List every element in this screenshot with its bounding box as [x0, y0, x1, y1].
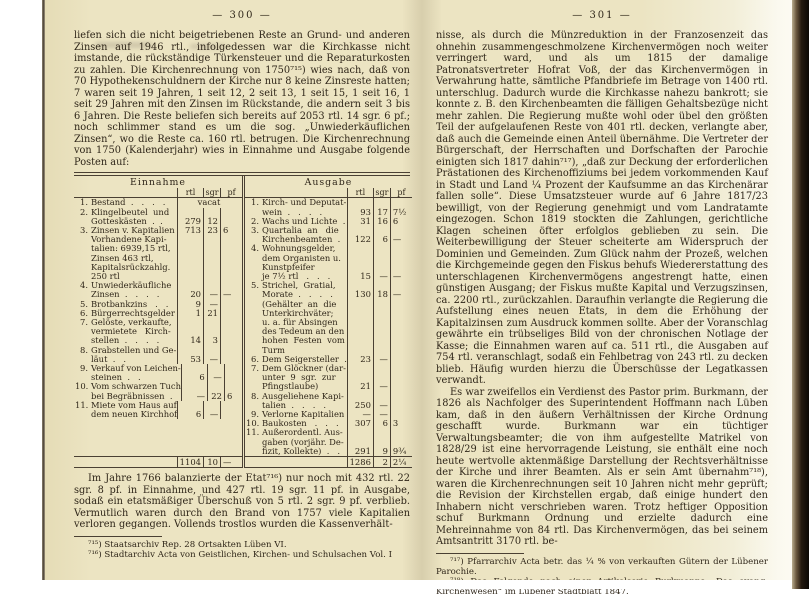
page-number: — 300 — — [74, 10, 410, 21]
row-value-sgr: — — [373, 355, 390, 364]
row-value-sgr: — — [203, 346, 220, 364]
table-row: 11.Außerordentl. Aus-gaben (vorjähr. De-… — [245, 428, 412, 456]
row-value-pf: 6 — [220, 226, 242, 281]
row-value-sgr: 17 — [373, 198, 390, 216]
total-value-sgr: 2 — [373, 457, 390, 467]
row-value-rtl: 291 — [347, 428, 373, 456]
table-col-header: rtl — [177, 188, 203, 197]
body-paragraph: liefen sich die nicht beigetriebenen Res… — [74, 30, 410, 168]
row-value-pf: 9¾ — [390, 428, 412, 456]
table-row: 8.Grabstellen und Ge-läut . .53— — [74, 346, 242, 364]
row-value-pf — [220, 300, 242, 309]
table-row: 4.UnwiederkäuflicheZinsen . . . .20—— — [74, 281, 242, 299]
page-300: — 300 — liefen sich die nicht beigetrieb… — [74, 6, 410, 560]
row-value-pf: 6 — [390, 217, 412, 226]
row-value-sgr: — — [203, 281, 220, 299]
row-description: 5.Strichel, Gratial,Morate . . . .(Gehäl… — [245, 281, 347, 355]
page-number: — 301 — — [436, 10, 768, 21]
row-value-rtl: 6 — [181, 364, 207, 382]
table-total-row: 110410— — [74, 456, 242, 468]
table-row: 1.Kirch- und Deputat-wein . . . .93177½ — [245, 198, 412, 216]
row-value-pf: — — [220, 281, 242, 299]
total-value-pf: 2¼ — [390, 457, 412, 467]
row-value-rtl: 14 — [177, 318, 203, 346]
row-value-rtl: 23 — [347, 355, 373, 364]
row-value-pf — [220, 318, 242, 346]
row-value-pf: — — [390, 281, 412, 355]
footnote: ⁷¹⁶) Stadtarchiv Acta von Geistlichen, K… — [74, 550, 410, 560]
row-value-rtl: 15 — [347, 244, 373, 281]
row-value-pf — [220, 208, 242, 226]
row-value-rtl: 279 — [177, 208, 203, 226]
row-value-pf: 3 — [390, 419, 412, 428]
row-value-rtl: 21 — [347, 364, 373, 392]
row-value-rtl: 1 — [177, 309, 203, 318]
row-value-sgr: 3 — [203, 318, 220, 346]
table-ausgabe-column: Ausgabertlsgrpf1.Kirch- und Deputat-wein… — [245, 176, 412, 468]
body-paragraph: Es war zweifellos ein Verdienst des Past… — [436, 387, 768, 548]
row-value-pf: — — [390, 226, 412, 244]
row-value-sgr: 12 — [203, 208, 220, 226]
row-value-rtl: 53 — [177, 346, 203, 364]
table-row: 7.Gelöste, verkaufte,vermietete Kirch-st… — [74, 318, 242, 346]
row-description: 8.Ausgeliehene Kapi-talien . . . . — [245, 392, 347, 410]
footnotes: ⁷¹⁵) Staatsarchiv Rep. 28 Ortsakten Lübe… — [74, 540, 410, 560]
row-value: vacat — [177, 198, 242, 207]
row-value-pf: — — [390, 244, 412, 281]
table-row: 7.Dem Glöckner (dar-unter 9 sgr. zurPfin… — [245, 364, 412, 392]
body-paragraph: nisse, als durch die Münzreduktion in de… — [436, 30, 768, 387]
table-col-header: sgr — [203, 188, 220, 197]
table-section-title: Einnahme — [74, 176, 242, 188]
row-description: 4.UnwiederkäuflicheZinsen . . . . — [74, 281, 177, 299]
row-value-rtl: 307 — [347, 419, 373, 428]
book-cover-edge — [792, 0, 809, 589]
row-value-rtl: 93 — [347, 198, 373, 216]
row-value-sgr: — — [373, 392, 390, 410]
table-col-header: pf — [220, 188, 242, 197]
left-page-edge-line — [42, 0, 45, 589]
row-value-rtl: 250 — [347, 392, 373, 410]
row-value-sgr: — — [373, 244, 390, 281]
footnote: ⁷¹⁵) Staatsarchiv Rep. 28 Ortsakten Lübe… — [74, 540, 410, 550]
table-row: 9.Verkauf von Leichen-steinen . .6— — [74, 364, 242, 382]
row-value-sgr: 6 — [373, 419, 390, 428]
row-value-sgr: 21 — [203, 309, 220, 318]
table-col-header: rtl — [347, 188, 373, 197]
row-value-sgr: 18 — [373, 281, 390, 355]
row-description: 10.Vom schwarzen Tuchbei Begräbnissen . — [74, 382, 181, 400]
row-value-rtl: 122 — [347, 226, 373, 244]
table-row: 8.Ausgeliehene Kapi-talien . . . .250— — [245, 392, 412, 410]
row-value-pf — [220, 401, 242, 419]
row-value-pf: 7½ — [390, 198, 412, 216]
total-value-rtl: 1104 — [177, 457, 203, 467]
table-row: 3.Quartalia an dieKirchenbeamten .1226— — [245, 226, 412, 244]
row-description: 7.Dem Glöckner (dar-unter 9 sgr. zurPfin… — [245, 364, 347, 392]
row-description: 11.Außerordentl. Aus-gaben (vorjähr. De-… — [245, 428, 347, 456]
table-row: 10.Vom schwarzen Tuchbei Begräbnissen .—… — [74, 382, 242, 400]
row-description: 7.Gelöste, verkaufte,vermietete Kirch-st… — [74, 318, 177, 346]
row-value-sgr: 22 — [207, 382, 224, 400]
accounts-table: Einnahmertlsgrpf1.Bestand . . . .vacat2.… — [74, 172, 410, 468]
row-value-pf — [390, 392, 412, 410]
table-col-header: pf — [390, 188, 412, 197]
row-value-pf — [224, 364, 246, 382]
table-col-header: sgr — [373, 188, 390, 197]
footnote-rule — [436, 553, 524, 554]
row-value-sgr: — — [203, 401, 220, 419]
footnote: ⁷¹⁷) Pfarrarchiv Acta betr. das ¼ % von … — [436, 557, 768, 577]
row-description: 9.Verkauf von Leichen-steinen . . — [74, 364, 181, 382]
row-value-rtl: 130 — [347, 281, 373, 355]
book-spread-scan: — 300 — liefen sich die nicht beigetrieb… — [0, 0, 809, 589]
row-value-rtl: 20 — [177, 281, 203, 299]
row-value-rtl: 31 — [347, 217, 373, 226]
scan-bottom-margin — [0, 580, 792, 589]
table-row: 2.Klingelbeutel undGotteskästen . .27912 — [74, 208, 242, 226]
row-value-sgr: — — [373, 364, 390, 392]
row-description: 3.Quartalia an dieKirchenbeamten . — [245, 226, 347, 244]
total-value-sgr: 10 — [203, 457, 220, 467]
total-value-pf: — — [220, 457, 242, 467]
body-paragraph: Im Jahre 1766 balanzierte der Etat⁷¹⁶) n… — [74, 473, 410, 531]
table-row: 5.Strichel, Gratial,Morate . . . .(Gehäl… — [245, 281, 412, 355]
row-description: 2.Klingelbeutel undGotteskästen . . — [74, 208, 177, 226]
row-description: 11.Miete vom Haus aufdem neuen Kirchhof — [74, 401, 177, 419]
table-einnahme-column: Einnahmertlsgrpf1.Bestand . . . .vacat2.… — [74, 176, 245, 468]
row-value-sgr: 16 — [373, 217, 390, 226]
row-value-sgr: — — [207, 364, 224, 382]
total-value-rtl: 1286 — [347, 457, 373, 467]
row-value-rtl: — — [181, 382, 207, 400]
table-total-row: 128622¼ — [245, 456, 412, 468]
row-value-sgr: 9 — [373, 428, 390, 456]
row-description: 4.Wohnungsgelder,dem Organisten u.Kunstp… — [245, 244, 347, 281]
row-value-pf — [390, 355, 412, 364]
row-value-rtl: 6 — [177, 401, 203, 419]
row-value-pf — [390, 364, 412, 392]
row-value-pf: 6 — [224, 382, 246, 400]
row-description: 3.Zinsen v. KapitalienVorhandene Kapi-ta… — [74, 226, 177, 281]
row-description: 8.Grabstellen und Ge-läut . . — [74, 346, 177, 364]
row-value-pf — [220, 309, 242, 318]
row-value-sgr: 6 — [373, 226, 390, 244]
table-row: 4.Wohnungsgelder,dem Organisten u.Kunstp… — [245, 244, 412, 281]
row-value-rtl: 713 — [177, 226, 203, 281]
page-301: — 301 — nisse, als durch die Münzredukti… — [436, 6, 768, 589]
table-row: 11.Miete vom Haus aufdem neuen Kirchhof6… — [74, 401, 242, 419]
table-row: 3.Zinsen v. KapitalienVorhandene Kapi-ta… — [74, 226, 242, 281]
table-section-title: Ausgabe — [245, 176, 412, 188]
row-description: 1.Kirch- und Deputat-wein . . . . — [245, 198, 347, 216]
row-value-pf — [220, 346, 242, 364]
footnote-rule — [74, 536, 162, 537]
row-value-sgr: 23 — [203, 226, 220, 281]
